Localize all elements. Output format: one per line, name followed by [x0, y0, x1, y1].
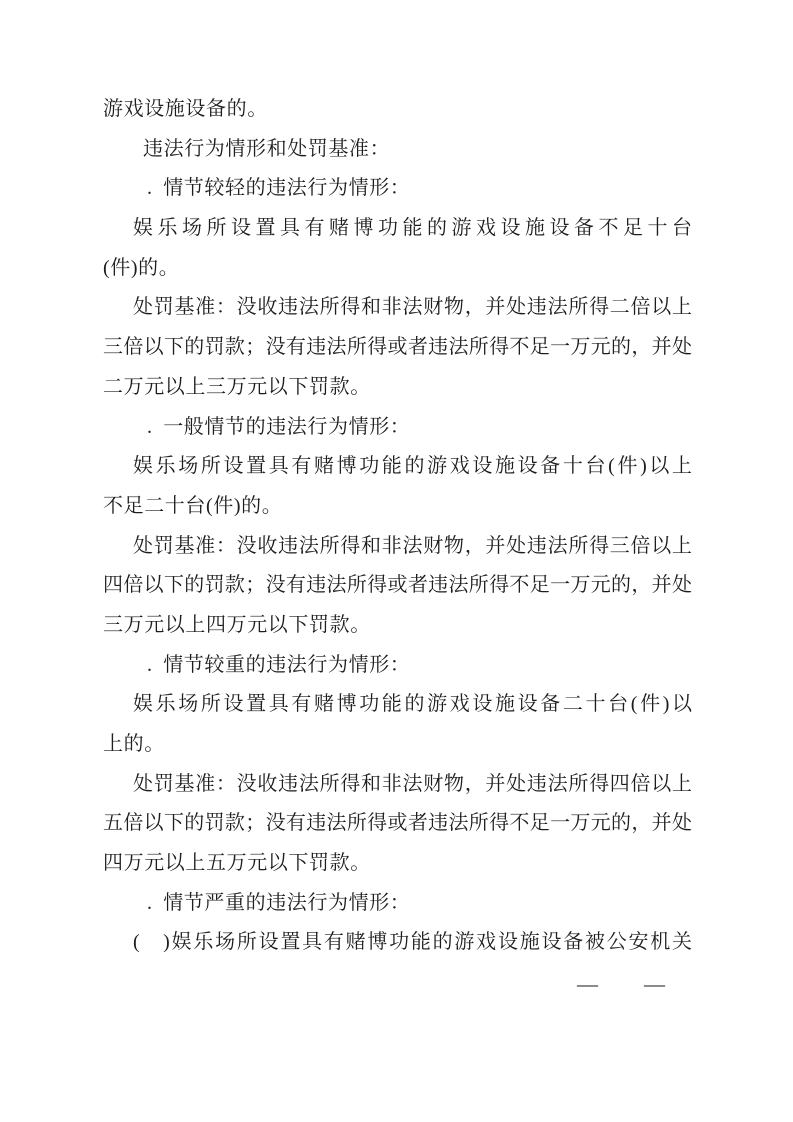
text-line: . 情节较轻的违法行为情形：: [103, 169, 692, 209]
text-line: . 一般情节的违法行为情形：: [103, 408, 692, 448]
text-line: 上的。: [103, 725, 692, 765]
text-line: 处罚基准：没收违法所得和非法财物，并处违法所得二倍以上: [103, 288, 692, 328]
text-line: 娱乐场所设置具有赌博功能的游戏设施设备十台(件)以上: [103, 447, 692, 487]
document-body: 游戏设施设备的。违法行为情形和处罚基准：. 情节较轻的违法行为情形：娱乐场所设置…: [103, 90, 692, 963]
text-line: 不足二十台(件)的。: [103, 487, 692, 527]
text-line: 三倍以下的罚款；没有违法所得或者违法所得不足一万元的，并处: [103, 328, 692, 368]
page-number-dash-left: —: [577, 974, 598, 995]
text-line: 二万元以上三万元以下罚款。: [103, 368, 692, 408]
text-line: . 情节较重的违法行为情形：: [103, 646, 692, 686]
text-line: 五倍以下的罚款；没有违法所得或者违法所得不足一万元的，并处: [103, 804, 692, 844]
text-line: 处罚基准：没收违法所得和非法财物，并处违法所得三倍以上: [103, 527, 692, 567]
text-line: 处罚基准：没收违法所得和非法财物，并处违法所得四倍以上: [103, 765, 692, 805]
text-line: ( )娱乐场所设置具有赌博功能的游戏设施设备被公安机关: [103, 923, 692, 963]
text-line: 娱乐场所设置具有赌博功能的游戏设施设备不足十台: [103, 209, 692, 249]
text-line: 三万元以上四万元以下罚款。: [103, 606, 692, 646]
text-line: . 情节严重的违法行为情形：: [103, 884, 692, 924]
text-line: 四倍以下的罚款；没有违法所得或者违法所得不足一万元的，并处: [103, 566, 692, 606]
text-line: 四万元以上五万元以下罚款。: [103, 844, 692, 884]
document-page: 游戏设施设备的。违法行为情形和处罚基准：. 情节较轻的违法行为情形：娱乐场所设置…: [0, 0, 793, 1122]
text-line: (件)的。: [103, 249, 692, 289]
page-number-dash-right: —: [644, 974, 665, 995]
text-line: 违法行为情形和处罚基准：: [103, 130, 692, 170]
text-line: 娱乐场所设置具有赌博功能的游戏设施设备二十台(件)以: [103, 685, 692, 725]
page-number: — —: [577, 974, 665, 995]
text-line: 游戏设施设备的。: [103, 90, 692, 130]
